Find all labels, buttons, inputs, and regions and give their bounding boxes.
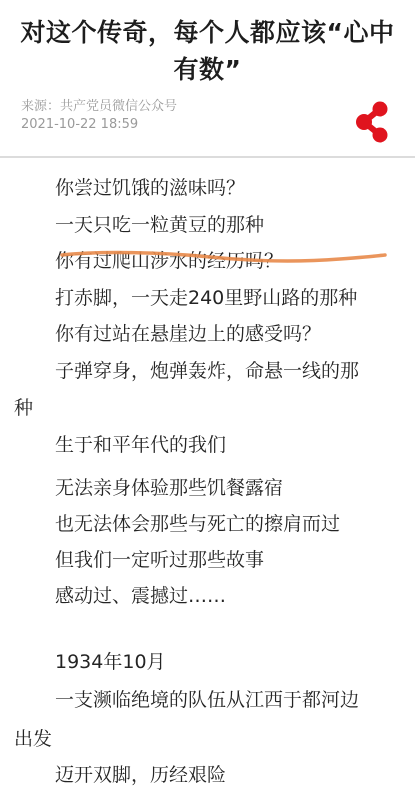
article-source: 来源：共产党员微信公众号 (21, 98, 177, 116)
share-icon (355, 100, 391, 144)
article-line: 你尝过饥饿的滋味吗？ (55, 170, 245, 206)
article-meta: 来源：共产党员微信公众号 2021-10-22 18:59 (21, 98, 177, 134)
article-line: 出发 (14, 721, 52, 757)
article-line: 种 (14, 390, 33, 426)
article-line: 打赤脚，一天走240里野山路的那种 (55, 280, 357, 316)
article-line: 感动过、震撼过…… (55, 578, 226, 614)
article-header: 对这个传奇，每个人都应该“心中有数” 来源：共产党员微信公众号 2021-10-… (0, 0, 415, 156)
header-divider (0, 156, 415, 158)
article-line: 迈开双脚，历经艰险 (55, 757, 226, 793)
article-line: 1934年10月 (55, 644, 166, 680)
article-line: 但我们一定听过那些故事 (55, 542, 264, 578)
share-button[interactable] (355, 100, 391, 144)
article-line: 一支濒临绝境的队伍从江西于都河边 (55, 682, 359, 718)
article-line: 你有过爬山涉水的经历吗？ (55, 243, 283, 279)
article-line: 生于和平年代的我们 (55, 427, 226, 463)
article-line: 子弹穿身，炮弹轰炸，命悬一线的那 (55, 353, 359, 389)
article-title: 对这个传奇，每个人都应该“心中有数” (12, 14, 403, 88)
article-datetime: 2021-10-22 18:59 (21, 116, 177, 134)
article-line: 一天只吃一粒黄豆的那种 (55, 207, 264, 243)
article-line: 你有过站在悬崖边上的感受吗？ (55, 316, 321, 352)
article-line: 无法亲身体验那些饥餐露宿 (55, 470, 283, 506)
article-line: 也无法体会那些与死亡的擦肩而过 (55, 506, 340, 542)
